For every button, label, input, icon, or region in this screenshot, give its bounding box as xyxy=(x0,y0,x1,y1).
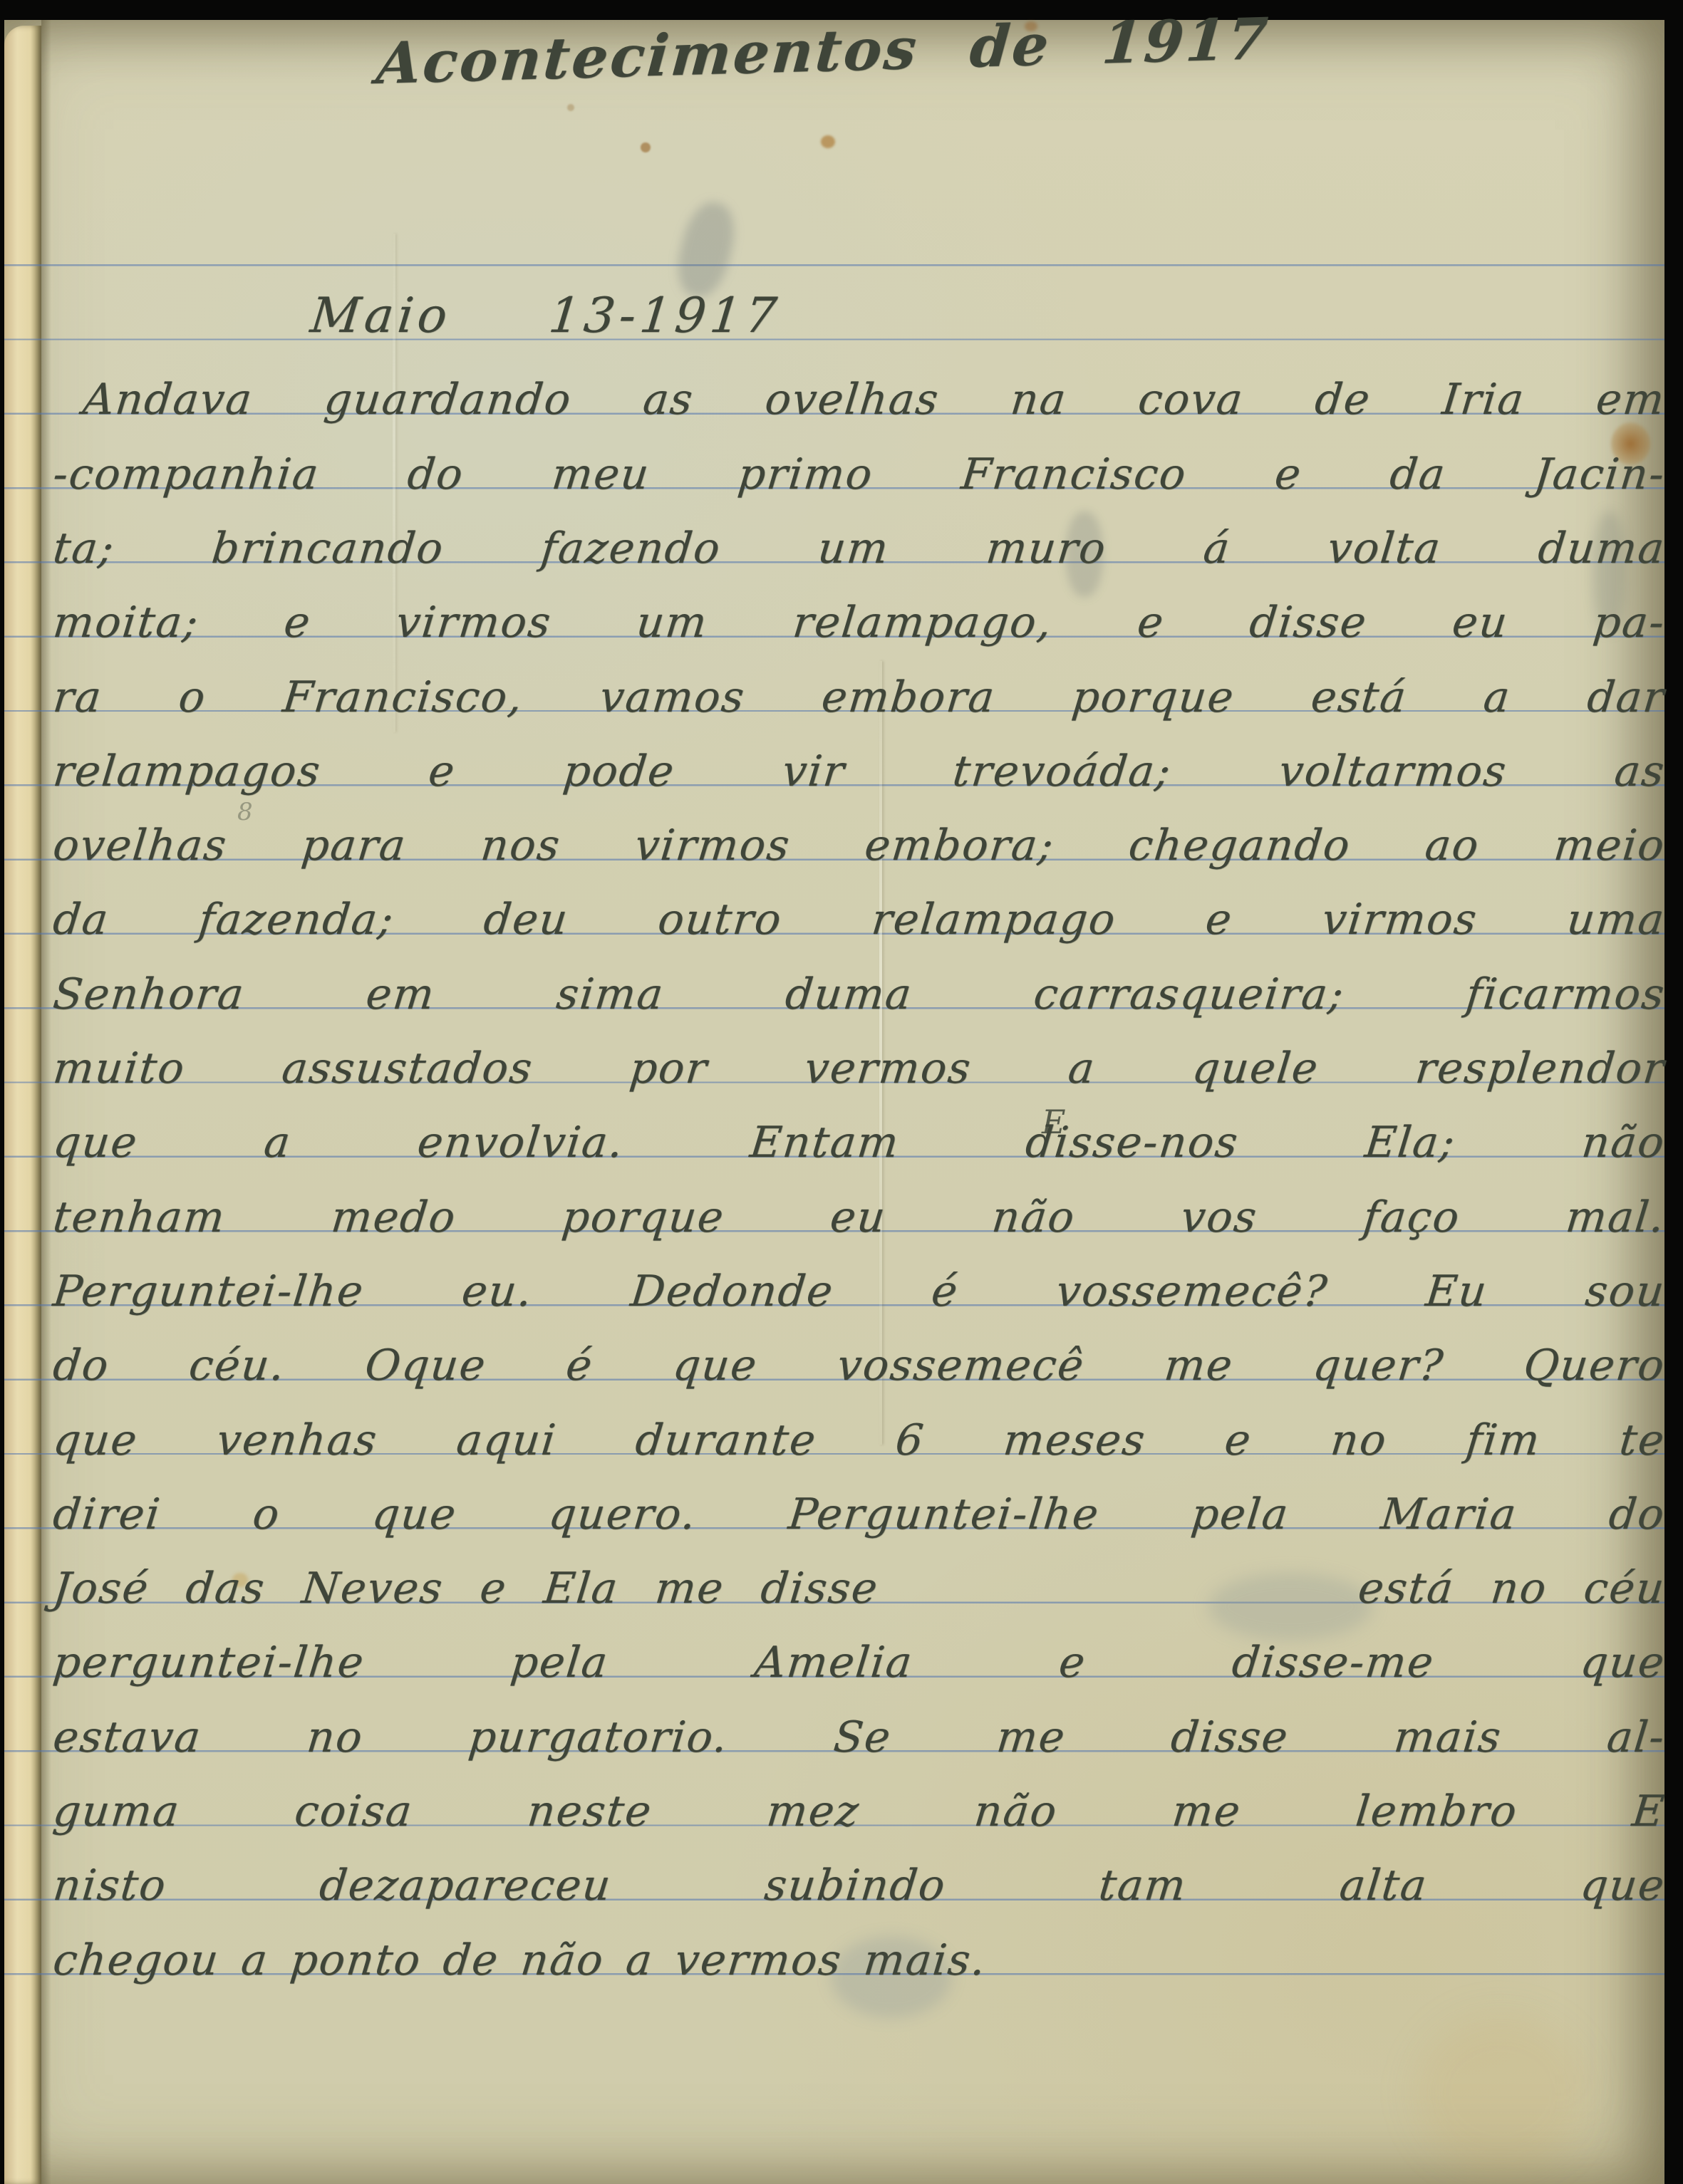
manuscript-line: Perguntei-lhe eu. Dedonde é vossemecê? E… xyxy=(50,1259,1669,1324)
manuscript-line: tenham medo porque eu não vos faço mal. xyxy=(50,1185,1669,1250)
manuscript-line: da fazenda; deu outro relampago e virmos… xyxy=(50,887,1669,952)
manuscript-line: muito assustados por vermos a quele resp… xyxy=(50,1036,1669,1101)
manuscript-line: ra o Francisco, vamos embora porque está… xyxy=(50,665,1669,730)
manuscript-line: perguntei-lhe pela Amelia e disse-me que xyxy=(50,1630,1669,1695)
manuscript-line: que venhas aqui durante 6 meses e no fim… xyxy=(50,1408,1669,1473)
scanned-notebook-photo: { "scan": { "colors": { "background": "#… xyxy=(0,0,1683,2184)
inline-correction: 8 xyxy=(237,798,253,826)
paper-stain xyxy=(1415,2014,1586,2171)
date-heading: Maio 13-1917 xyxy=(308,288,783,344)
paper-stain xyxy=(821,135,835,148)
paper-stain xyxy=(641,142,651,152)
manuscript-line: estava no purgatorio. Se me disse mais a… xyxy=(50,1705,1669,1770)
manuscript-line: Senhora em sima duma carrasqueira; ficar… xyxy=(50,962,1669,1027)
manuscript-line: José das Neves e Ela me disse está no cé… xyxy=(50,1556,1669,1621)
manuscript-line: ovelhas para nos virmos embora; chegando… xyxy=(50,813,1669,878)
manuscript-line: que a envolvia. Entam disse-nos Ela; não xyxy=(50,1110,1669,1175)
manuscript-line: -companhia do meu primo Francisco e da J… xyxy=(50,442,1669,507)
inline-correction: E xyxy=(1042,1103,1066,1141)
manuscript-line: nisto dezapareceu subindo tam alta que xyxy=(50,1853,1669,1918)
manuscript-line: relampagos e pode vir trevoáda; voltarmo… xyxy=(50,739,1669,804)
manuscript-line: chegou a ponto de não a vermos mais. xyxy=(50,1928,1240,1993)
paper-stain xyxy=(567,104,574,111)
manuscript-line: ta; brincando fazendo um muro á volta du… xyxy=(50,516,1669,581)
manuscript-line: Andava guardando as ovelhas na cova de I… xyxy=(80,367,1669,432)
manuscript-line: moita; e virmos um relampago, e disse eu… xyxy=(50,590,1669,655)
manuscript-line: direi o que quero. Perguntei-lhe pela Ma… xyxy=(50,1482,1669,1547)
manuscript-line: guma coisa neste mez não me lembro E xyxy=(50,1779,1669,1844)
manuscript-line: do céu. Oque é que vossemecê me quer? Qu… xyxy=(50,1333,1669,1398)
